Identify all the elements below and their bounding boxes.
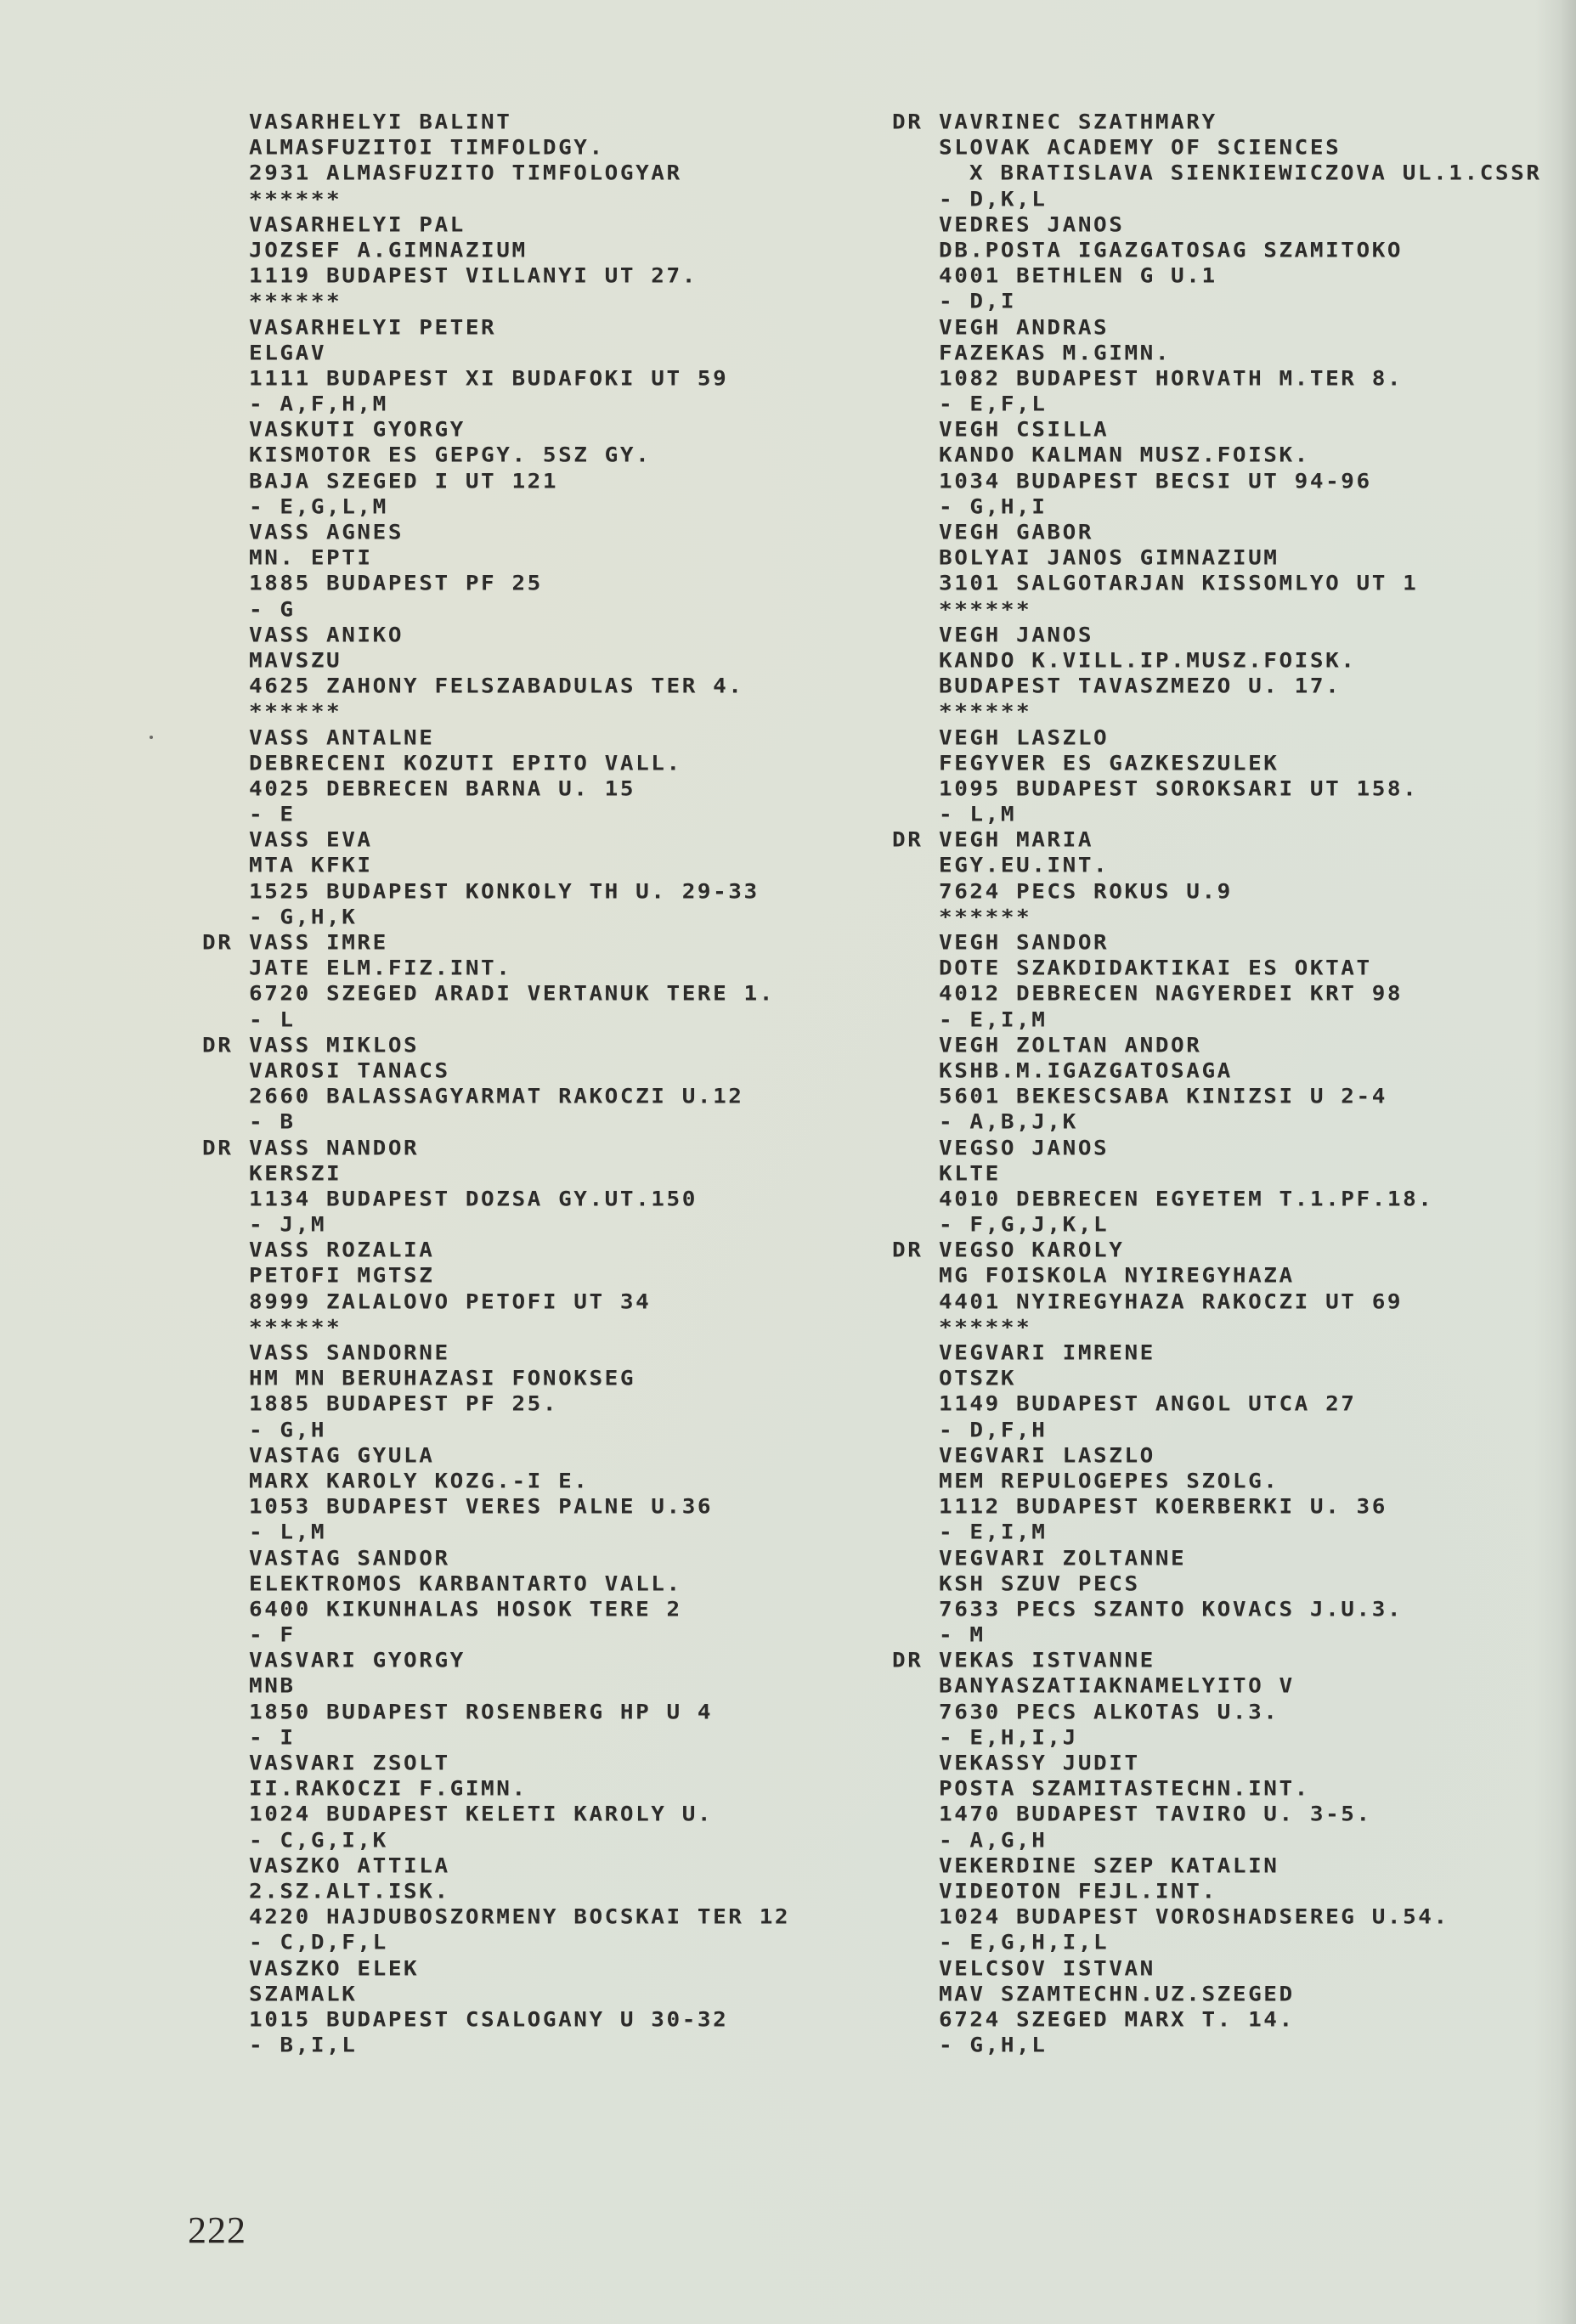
entry-line: ELEKTROMOS KARBANTARTO VALL. xyxy=(202,1572,790,1596)
line-text: 4625 ZAHONY FELSZABADULAS TER 4. xyxy=(249,674,744,698)
entry-line: VAROSI TANACS xyxy=(202,1059,790,1083)
entry-line: 7624 PECS ROKUS U.9 xyxy=(892,880,1542,904)
line-text: - D,F,H xyxy=(939,1419,1047,1442)
line-text: VASS IMRE xyxy=(249,931,388,955)
line-text: MAV SZAMTECHN.UZ.SZEGED xyxy=(939,1983,1295,2006)
line-text: VEGH JANOS xyxy=(939,623,1093,647)
entry-line: FEGYVER ES GAZKESZULEK xyxy=(892,752,1542,776)
entry-codes: - L,M xyxy=(892,803,1542,826)
entry-line: 6400 KIKUNHALAS HOSOK TERE 2 xyxy=(202,1598,790,1622)
line-text: - D,K,L xyxy=(939,188,1047,212)
line-text: VEKERDINE SZEP KATALIN xyxy=(939,1854,1279,1878)
entry-line: 5601 BEKESCSABA KINIZSI U 2-4 xyxy=(892,1085,1542,1108)
line-text: - A,G,H xyxy=(939,1829,1047,1853)
line-text: 7633 PECS SZANTO KOVACS J.U.3. xyxy=(939,1598,1403,1622)
entry-line: JATE ELM.FIZ.INT. xyxy=(202,956,790,980)
line-text: VEGVARI ZOLTANNE xyxy=(939,1547,1186,1571)
line-text: VEKAS ISTVANNE xyxy=(939,1649,1155,1672)
entry-line: MNB xyxy=(202,1675,790,1699)
entry-line: VEGH ANDRAS xyxy=(892,316,1542,340)
entry-line: 6720 SZEGED ARADI VERTANUK TERE 1. xyxy=(202,983,790,1007)
line-text: 4012 DEBRECEN NAGYERDEI KRT 98 xyxy=(939,983,1403,1007)
entry-line: MAV SZAMTECHN.UZ.SZEGED xyxy=(892,1983,1542,2006)
line-text: X BRATISLAVA SIENKIEWICZOVA UL.1.CSSR xyxy=(939,162,1542,186)
entry-line: VEGH JANOS xyxy=(892,623,1542,647)
line-text: - A,B,J,K xyxy=(939,1111,1078,1135)
line-text: - E,G,L,M xyxy=(249,495,388,519)
line-text: VEKASSY JUDIT xyxy=(939,1751,1140,1775)
entry-line: VASS ANIKO xyxy=(202,623,790,647)
entry-line: II.RAKOCZI F.GIMN. xyxy=(202,1777,790,1801)
line-text: - F xyxy=(249,1623,296,1647)
entry-line: 2660 BALASSAGYARMAT RAKOCZI U.12 xyxy=(202,1085,790,1108)
line-text: VASS SANDORNE xyxy=(249,1341,450,1365)
entry-codes: - A,F,H,M xyxy=(202,392,790,416)
entry-line: VEGVARI IMRENE xyxy=(892,1341,1542,1365)
entry-separator: ****** xyxy=(892,701,1542,725)
line-text: 1015 BUDAPEST CSALOGANY U 30-32 xyxy=(249,2008,728,2032)
line-text: VEGH LASZLO xyxy=(939,726,1109,750)
directory-page: VASARHELYI BALINTALMASFUZITOI TIMFOLDGY.… xyxy=(0,0,1576,2324)
entry-line: HM MN BERUHAZASI FONOKSEG xyxy=(202,1367,790,1390)
entry-line: EGY.EU.INT. xyxy=(892,855,1542,878)
line-text: - I xyxy=(249,1726,296,1750)
entry-line: VEGH LASZLO xyxy=(892,726,1542,750)
line-text: 1024 BUDAPEST KELETI KAROLY U. xyxy=(249,1803,713,1827)
entry-line: 1024 BUDAPEST KELETI KAROLY U. xyxy=(202,1803,790,1827)
line-text: ****** xyxy=(249,188,342,212)
entry-line: DRVEGH MARIA xyxy=(892,828,1542,852)
line-text: 7624 PECS ROKUS U.9 xyxy=(939,880,1233,904)
entry-line: KSH SZUV PECS xyxy=(892,1572,1542,1596)
entry-line: 1149 BUDAPEST ANGOL UTCA 27 xyxy=(892,1393,1542,1417)
entry-line: VEGH CSILLA xyxy=(892,418,1542,442)
entry-line: 4012 DEBRECEN NAGYERDEI KRT 98 xyxy=(892,983,1542,1007)
line-text: - B xyxy=(249,1111,296,1135)
entry-separator: ****** xyxy=(892,1316,1542,1340)
entry-codes: - M xyxy=(892,1623,1542,1647)
line-text: 8999 ZALALOVO PETOFI UT 34 xyxy=(249,1290,651,1314)
line-text: VELCSOV ISTVAN xyxy=(939,1957,1155,1981)
entry-line: DEBRECENI KOZUTI EPITO VALL. xyxy=(202,752,790,776)
line-text: 2660 BALASSAGYARMAT RAKOCZI U.12 xyxy=(249,1085,744,1108)
entry-codes: - D,F,H xyxy=(892,1419,1542,1442)
entry-line: VEKERDINE SZEP KATALIN xyxy=(892,1854,1542,1878)
line-text: 1111 BUDAPEST XI BUDAFOKI UT 59 xyxy=(249,367,728,391)
line-text: VEGH ZOLTAN ANDOR xyxy=(939,1034,1201,1058)
line-text: - E,I,M xyxy=(939,1521,1047,1545)
line-text: - G,H xyxy=(249,1419,326,1442)
entry-line: VELCSOV ISTVAN xyxy=(892,1957,1542,1981)
line-text: VASS MIKLOS xyxy=(249,1034,419,1058)
entry-line: 1024 BUDAPEST VOROSHADSEREG U.54. xyxy=(892,1905,1542,1929)
entry-line: DB.POSTA IGAZGATOSAG SZAMITOKO xyxy=(892,239,1542,262)
line-text: 1885 BUDAPEST PF 25 xyxy=(249,573,543,596)
entry-line: 8999 ZALALOVO PETOFI UT 34 xyxy=(202,1290,790,1314)
line-text: 1850 BUDAPEST ROSENBERG HP U 4 xyxy=(249,1701,713,1724)
line-text: DB.POSTA IGAZGATOSAG SZAMITOKO xyxy=(939,239,1403,262)
entry-codes: - L xyxy=(202,1008,790,1032)
entry-line: ALMASFUZITOI TIMFOLDGY. xyxy=(202,136,790,160)
line-text: 1034 BUDAPEST BECSI UT 94-96 xyxy=(939,470,1372,494)
entry-line: 4401 NYIREGYHAZA RAKOCZI UT 69 xyxy=(892,1290,1542,1314)
line-text: KSH SZUV PECS xyxy=(939,1572,1140,1596)
line-text: ALMASFUZITOI TIMFOLDGY. xyxy=(249,136,605,160)
entry-line: BOLYAI JANOS GIMNAZIUM xyxy=(892,546,1542,570)
entry-line: KANDO KALMAN MUSZ.FOISK. xyxy=(892,444,1542,468)
line-text: 1134 BUDAPEST DOZSA GY.UT.150 xyxy=(249,1187,698,1211)
line-text: ELEKTROMOS KARBANTARTO VALL. xyxy=(249,1572,682,1596)
entry-line: MN. EPTI xyxy=(202,546,790,570)
entry-separator: ****** xyxy=(202,188,790,212)
entry-codes: - E xyxy=(202,803,790,826)
entry-line: VEKASSY JUDIT xyxy=(892,1751,1542,1775)
line-text: 4220 HAJDUBOSZORMENY BOCSKAI TER 12 xyxy=(249,1905,790,1929)
entry-line: 1850 BUDAPEST ROSENBERG HP U 4 xyxy=(202,1701,790,1724)
entry-line: VASS AGNES xyxy=(202,521,790,544)
entry-line: 1095 BUDAPEST SOROKSARI UT 158. xyxy=(892,777,1542,801)
line-text: MEM REPULOGEPES SZOLG. xyxy=(939,1469,1279,1493)
entry-line: VASS SANDORNE xyxy=(202,1341,790,1365)
entry-codes: - G xyxy=(202,598,790,622)
entry-codes: - C,G,I,K xyxy=(202,1829,790,1853)
line-text: 1024 BUDAPEST VOROSHADSEREG U.54. xyxy=(939,1905,1449,1929)
line-text: - E xyxy=(249,803,296,826)
entry-line: 6724 SZEGED MARX T. 14. xyxy=(892,2008,1542,2032)
entry-line: ELGAV xyxy=(202,341,790,365)
line-text: VEGH SANDOR xyxy=(939,931,1109,955)
line-text: VASARHELYI PETER xyxy=(249,316,496,340)
line-text: - B,I,L xyxy=(249,2034,357,2057)
entry-line: BANYASZATIAKNAMELYITO V xyxy=(892,1675,1542,1699)
entry-line: 1885 BUDAPEST PF 25. xyxy=(202,1393,790,1417)
line-text: - C,D,F,L xyxy=(249,1932,388,1955)
entry-line: SZAMALK xyxy=(202,1983,790,2006)
title-prefix: DR xyxy=(202,1137,249,1160)
entry-line: 1015 BUDAPEST CSALOGANY U 30-32 xyxy=(202,2008,790,2032)
entry-codes: - B xyxy=(202,1111,790,1135)
line-text: VEGSO KAROLY xyxy=(939,1238,1124,1262)
entry-line: VEGSO JANOS xyxy=(892,1137,1542,1160)
line-text: 4001 BETHLEN G U.1 xyxy=(939,264,1217,288)
line-text: SLOVAK ACADEMY OF SCIENCES xyxy=(939,136,1341,160)
line-text: DEBRECENI KOZUTI EPITO VALL. xyxy=(249,752,682,776)
line-text: FAZEKAS M.GIMN. xyxy=(939,341,1171,365)
entry-codes: - F xyxy=(202,1623,790,1647)
entry-line: VIDEOTON FEJL.INT. xyxy=(892,1880,1542,1904)
title-prefix: DR xyxy=(892,110,939,134)
entry-separator: ****** xyxy=(202,290,790,314)
entry-line: 1119 BUDAPEST VILLANYI UT 27. xyxy=(202,264,790,288)
entry-codes: - G,H,L xyxy=(892,2034,1542,2057)
entry-line: VASZKO ELEK xyxy=(202,1957,790,1981)
entry-line: VASKUTI GYORGY xyxy=(202,418,790,442)
line-text: VEDRES JANOS xyxy=(939,213,1124,237)
entry-line: VASTAG SANDOR xyxy=(202,1547,790,1571)
line-text: ****** xyxy=(939,598,1031,622)
line-text: VASKUTI GYORGY xyxy=(249,418,466,442)
entry-line: MG FOISKOLA NYIREGYHAZA xyxy=(892,1265,1542,1289)
entry-line: MTA KFKI xyxy=(202,855,790,878)
line-text: VAROSI TANACS xyxy=(249,1059,450,1083)
line-text: 1119 BUDAPEST VILLANYI UT 27. xyxy=(249,264,698,288)
entry-line: VASS EVA xyxy=(202,828,790,852)
line-text: OTSZK xyxy=(939,1367,1016,1390)
entry-codes: - G,H,I xyxy=(892,495,1542,519)
title-prefix: DR xyxy=(892,1238,939,1262)
line-text: 7630 PECS ALKOTAS U.3. xyxy=(939,1701,1279,1724)
line-text: KANDO K.VILL.IP.MUSZ.FOISK. xyxy=(939,649,1357,673)
line-text: ****** xyxy=(939,1316,1031,1340)
line-text: ****** xyxy=(249,701,342,725)
entry-line: PETOFI MGTSZ xyxy=(202,1265,790,1289)
line-text: VASVARI ZSOLT xyxy=(249,1751,450,1775)
line-text: - G,H,K xyxy=(249,905,357,929)
line-text: BOLYAI JANOS GIMNAZIUM xyxy=(939,546,1279,570)
entry-line: 4001 BETHLEN G U.1 xyxy=(892,264,1542,288)
line-text: - M xyxy=(939,1623,986,1647)
entry-line: BUDAPEST TAVASZMEZO U. 17. xyxy=(892,674,1542,698)
line-text: - D,I xyxy=(939,290,1016,314)
line-text: MARX KAROLY KOZG.-I E. xyxy=(249,1469,589,1493)
line-text: 1082 BUDAPEST HORVATH M.TER 8. xyxy=(939,367,1403,391)
line-text: VEGSO JANOS xyxy=(939,1137,1109,1160)
line-text: MAVSZU xyxy=(249,649,342,673)
entry-line: 2.SZ.ALT.ISK. xyxy=(202,1880,790,1904)
line-text: VEGVARI IMRENE xyxy=(939,1341,1155,1365)
entry-line: MARX KAROLY KOZG.-I E. xyxy=(202,1469,790,1493)
line-text: - L,M xyxy=(249,1521,326,1545)
line-text: ****** xyxy=(249,1316,342,1340)
line-text: 1095 BUDAPEST SOROKSARI UT 158. xyxy=(939,777,1418,801)
line-text: VIDEOTON FEJL.INT. xyxy=(939,1880,1217,1904)
line-text: BAJA SZEGED I UT 121 xyxy=(249,470,558,494)
entry-line: JOZSEF A.GIMNAZIUM xyxy=(202,239,790,262)
line-text: - G,H,L xyxy=(939,2034,1047,2057)
line-text: POSTA SZAMITASTECHN.INT. xyxy=(939,1777,1310,1801)
entry-codes: - E,G,L,M xyxy=(202,495,790,519)
entry-line: VASS ROZALIA xyxy=(202,1238,790,1262)
entry-line: KLTE xyxy=(892,1162,1542,1186)
entry-line: VEGH ZOLTAN ANDOR xyxy=(892,1034,1542,1058)
line-text: VEGH GABOR xyxy=(939,521,1093,544)
entry-line: POSTA SZAMITASTECHN.INT. xyxy=(892,1777,1542,1801)
line-text: VEGVARI LASZLO xyxy=(939,1444,1155,1468)
entry-line: VASVARI ZSOLT xyxy=(202,1751,790,1775)
line-text: VASARHELYI BALINT xyxy=(249,110,511,134)
line-text: - L,M xyxy=(939,803,1016,826)
entry-codes: - D,I xyxy=(892,290,1542,314)
entry-line: 1053 BUDAPEST VERES PALNE U.36 xyxy=(202,1495,790,1519)
line-text: VASS NANDOR xyxy=(249,1137,419,1160)
entry-line: VASTAG GYULA xyxy=(202,1444,790,1468)
entry-line: 3101 SALGOTARJAN KISSOMLYO UT 1 xyxy=(892,573,1542,596)
line-text: - E,I,M xyxy=(939,1008,1047,1032)
line-text: 1470 BUDAPEST TAVIRO U. 3-5. xyxy=(939,1803,1372,1827)
entry-line: 1885 BUDAPEST PF 25 xyxy=(202,573,790,596)
line-text: PETOFI MGTSZ xyxy=(249,1265,434,1289)
entry-codes: - J,M xyxy=(202,1213,790,1237)
line-text: KERSZI xyxy=(249,1162,342,1186)
entry-codes: - C,D,F,L xyxy=(202,1932,790,1955)
line-text: KLTE xyxy=(939,1162,1001,1186)
entry-separator: ****** xyxy=(892,905,1542,929)
line-text: 6724 SZEGED MARX T. 14. xyxy=(939,2008,1295,2032)
line-text: MG FOISKOLA NYIREGYHAZA xyxy=(939,1265,1295,1289)
line-text: - F,G,J,K,L xyxy=(939,1213,1109,1237)
entry-line: KISMOTOR ES GEPGY. 5SZ GY. xyxy=(202,444,790,468)
line-text: 6400 KIKUNHALAS HOSOK TERE 2 xyxy=(249,1598,682,1622)
line-text: SZAMALK xyxy=(249,1983,357,2006)
line-text: - A,F,H,M xyxy=(249,392,388,416)
entry-codes: - E,H,I,J xyxy=(892,1726,1542,1750)
line-text: 2931 ALMASFUZITO TIMFOLOGYAR xyxy=(249,162,682,186)
entry-line: VASARHELYI PAL xyxy=(202,213,790,237)
page-number: 222 xyxy=(188,2208,246,2252)
entry-line: 4625 ZAHONY FELSZABADULAS TER 4. xyxy=(202,674,790,698)
line-text: 3101 SALGOTARJAN KISSOMLYO UT 1 xyxy=(939,573,1418,596)
line-text: VASS AGNES xyxy=(249,521,404,544)
line-text: 4025 DEBRECEN BARNA U. 15 xyxy=(249,777,635,801)
entry-codes: - A,B,J,K xyxy=(892,1111,1542,1135)
line-text: 1053 BUDAPEST VERES PALNE U.36 xyxy=(249,1495,713,1519)
entry-separator: ****** xyxy=(892,598,1542,622)
line-text: FEGYVER ES GAZKESZULEK xyxy=(939,752,1279,776)
line-text: ****** xyxy=(939,905,1031,929)
entry-codes: - E,I,M xyxy=(892,1008,1542,1032)
title-prefix: DR xyxy=(892,1649,939,1672)
line-text: II.RAKOCZI F.GIMN. xyxy=(249,1777,528,1801)
entry-codes: - E,I,M xyxy=(892,1521,1542,1545)
line-text: - E,G,H,I,L xyxy=(939,1932,1109,1955)
entry-line: KANDO K.VILL.IP.MUSZ.FOISK. xyxy=(892,649,1542,673)
entry-line: FAZEKAS M.GIMN. xyxy=(892,341,1542,365)
entry-separator: ****** xyxy=(202,1316,790,1340)
line-text: 2.SZ.ALT.ISK. xyxy=(249,1880,450,1904)
line-text: VASS ANIKO xyxy=(249,623,404,647)
entry-line: MEM REPULOGEPES SZOLG. xyxy=(892,1469,1542,1493)
entry-codes: - G,H,K xyxy=(202,905,790,929)
entry-line: 7633 PECS SZANTO KOVACS J.U.3. xyxy=(892,1598,1542,1622)
line-text: VEGH ANDRAS xyxy=(939,316,1109,340)
line-text: MN. EPTI xyxy=(249,546,373,570)
line-text: KSHB.M.IGAZGATOSAGA xyxy=(939,1059,1233,1083)
entry-line: 4010 DEBRECEN EGYETEM T.1.PF.18. xyxy=(892,1187,1542,1211)
entry-line: DRVAVRINEC SZATHMARY xyxy=(892,110,1542,134)
line-text: KANDO KALMAN MUSZ.FOISK. xyxy=(939,444,1310,468)
line-text: 1885 BUDAPEST PF 25. xyxy=(249,1393,558,1417)
entry-line: 2931 ALMASFUZITO TIMFOLOGYAR xyxy=(202,162,790,186)
entry-codes: - D,K,L xyxy=(892,188,1542,212)
line-text: JATE ELM.FIZ.INT. xyxy=(249,956,511,980)
line-text: DOTE SZAKDIDAKTIKAI ES OKTAT xyxy=(939,956,1372,980)
line-text: KISMOTOR ES GEPGY. 5SZ GY. xyxy=(249,444,651,468)
line-text: - G xyxy=(249,598,296,622)
entry-line: 1082 BUDAPEST HORVATH M.TER 8. xyxy=(892,367,1542,391)
entry-line: 4220 HAJDUBOSZORMENY BOCSKAI TER 12 xyxy=(202,1905,790,1929)
line-text: 1525 BUDAPEST KONKOLY TH U. 29-33 xyxy=(249,880,760,904)
entry-line: DOTE SZAKDIDAKTIKAI ES OKTAT xyxy=(892,956,1542,980)
entry-line: KSHB.M.IGAZGATOSAGA xyxy=(892,1059,1542,1083)
entry-line: 1525 BUDAPEST KONKOLY TH U. 29-33 xyxy=(202,880,790,904)
entry-line: VASS ANTALNE xyxy=(202,726,790,750)
entry-line: 1134 BUDAPEST DOZSA GY.UT.150 xyxy=(202,1187,790,1211)
line-text: VASVARI GYORGY xyxy=(249,1649,466,1672)
line-text: - G,H,I xyxy=(939,495,1047,519)
line-text: - L xyxy=(249,1008,296,1032)
entry-line: 7630 PECS ALKOTAS U.3. xyxy=(892,1701,1542,1724)
entry-codes: - G,H xyxy=(202,1419,790,1442)
title-prefix: DR xyxy=(202,1034,249,1058)
entry-line: 1470 BUDAPEST TAVIRO U. 3-5. xyxy=(892,1803,1542,1827)
entry-codes: - L,M xyxy=(202,1521,790,1545)
entry-line: VEGVARI ZOLTANNE xyxy=(892,1547,1542,1571)
line-text: EGY.EU.INT. xyxy=(939,855,1109,878)
entry-line: VASARHELYI BALINT xyxy=(202,110,790,134)
entry-line: OTSZK xyxy=(892,1367,1542,1390)
line-text: VASZKO ELEK xyxy=(249,1957,419,1981)
entry-line: VASZKO ATTILA xyxy=(202,1854,790,1878)
entry-line: DRVASS MIKLOS xyxy=(202,1034,790,1058)
line-text: VEGH CSILLA xyxy=(939,418,1109,442)
entry-codes: - E,F,L xyxy=(892,392,1542,416)
line-text: 4010 DEBRECEN EGYETEM T.1.PF.18. xyxy=(939,1187,1434,1211)
entry-line: X BRATISLAVA SIENKIEWICZOVA UL.1.CSSR xyxy=(892,162,1542,186)
entry-line: VASVARI GYORGY xyxy=(202,1649,790,1672)
line-text: - E,H,I,J xyxy=(939,1726,1078,1750)
entry-line: VEGVARI LASZLO xyxy=(892,1444,1542,1468)
line-text: ****** xyxy=(249,290,342,314)
directory-column-right: DRVAVRINEC SZATHMARYSLOVAK ACADEMY OF SC… xyxy=(892,110,1542,2058)
entry-codes: - F,G,J,K,L xyxy=(892,1213,1542,1237)
entry-codes: - A,G,H xyxy=(892,1829,1542,1853)
entry-line: 1034 BUDAPEST BECSI UT 94-96 xyxy=(892,470,1542,494)
directory-column-left: VASARHELYI BALINTALMASFUZITOI TIMFOLDGY.… xyxy=(202,110,790,2058)
title-prefix: DR xyxy=(202,931,249,955)
entry-line: VEGH SANDOR xyxy=(892,931,1542,955)
entry-line: DRVASS IMRE xyxy=(202,931,790,955)
line-text: VASS EVA xyxy=(249,828,373,852)
line-text: VASZKO ATTILA xyxy=(249,1854,450,1878)
line-text: ELGAV xyxy=(249,341,326,365)
entry-separator: ****** xyxy=(202,701,790,725)
line-text: 5601 BEKESCSABA KINIZSI U 2-4 xyxy=(939,1085,1387,1108)
entry-codes: - E,G,H,I,L xyxy=(892,1932,1542,1955)
entry-line: DRVASS NANDOR xyxy=(202,1137,790,1160)
line-text: - J,M xyxy=(249,1213,326,1237)
entry-line: DRVEGSO KAROLY xyxy=(892,1238,1542,1262)
line-text: VASS ANTALNE xyxy=(249,726,434,750)
line-text: VASTAG GYULA xyxy=(249,1444,434,1468)
line-text: MTA KFKI xyxy=(249,855,373,878)
line-text: VASARHELYI PAL xyxy=(249,213,466,237)
line-text: 6720 SZEGED ARADI VERTANUK TERE 1. xyxy=(249,983,775,1007)
entry-codes: - B,I,L xyxy=(202,2034,790,2057)
entry-line: 1112 BUDAPEST KOERBERKI U. 36 xyxy=(892,1495,1542,1519)
line-text: 4401 NYIREGYHAZA RAKOCZI UT 69 xyxy=(939,1290,1403,1314)
line-text: - C,G,I,K xyxy=(249,1829,388,1853)
title-prefix: DR xyxy=(892,828,939,852)
entry-line: DRVEKAS ISTVANNE xyxy=(892,1649,1542,1672)
line-text: ****** xyxy=(939,701,1031,725)
line-text: HM MN BERUHAZASI FONOKSEG xyxy=(249,1367,635,1390)
entry-line: KERSZI xyxy=(202,1162,790,1186)
line-text: - E,F,L xyxy=(939,392,1047,416)
line-text: 1112 BUDAPEST KOERBERKI U. 36 xyxy=(939,1495,1387,1519)
entry-line: 1111 BUDAPEST XI BUDAFOKI UT 59 xyxy=(202,367,790,391)
entry-line: MAVSZU xyxy=(202,649,790,673)
entry-line: 4025 DEBRECEN BARNA U. 15 xyxy=(202,777,790,801)
